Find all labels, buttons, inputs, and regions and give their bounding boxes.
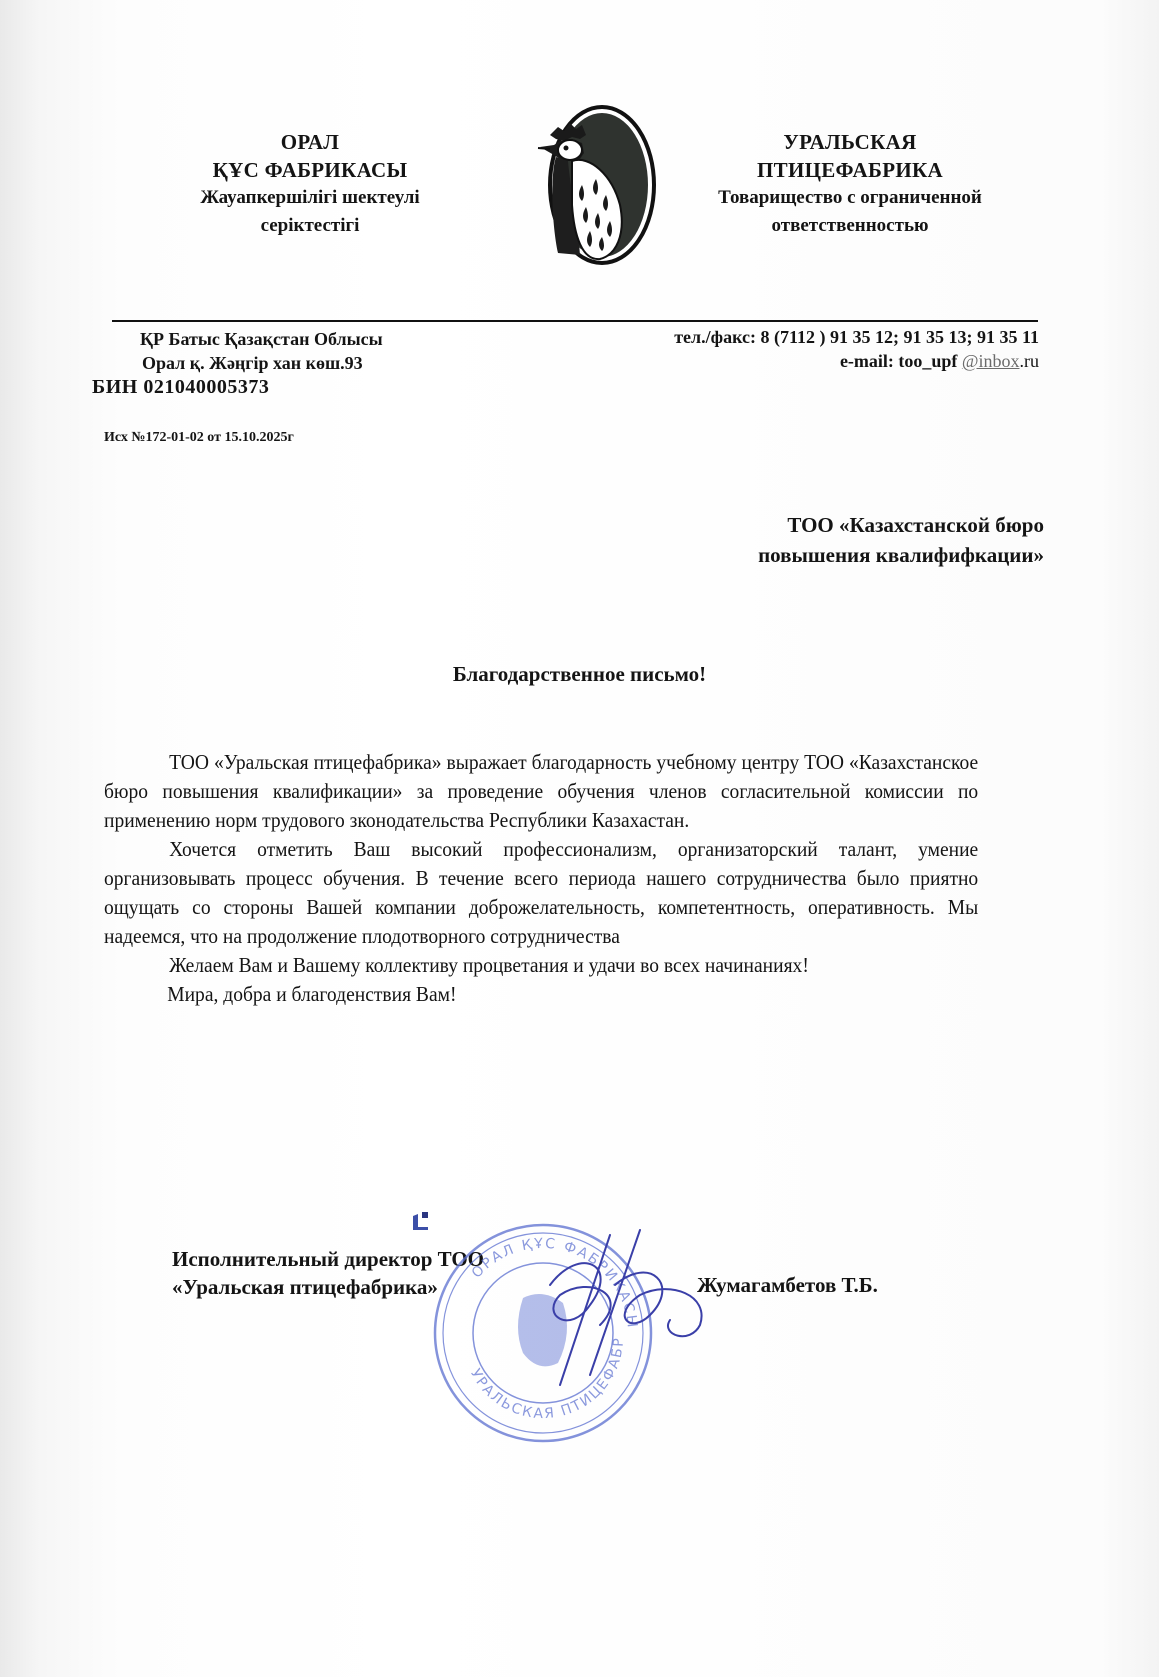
letter-body: ТОО «Уральская птицефабрика» выражает бл… bbox=[104, 748, 978, 1009]
header-right-line3: Товарищество с ограниченной bbox=[680, 184, 1020, 212]
header-right-line2: ПТИЦЕФАБРИКА bbox=[680, 156, 1020, 184]
header-left-line2: ҚҰС ФАБРИКАСЫ bbox=[150, 156, 470, 184]
body-paragraph-2: Хочется отметить Ваш высокий профессиона… bbox=[104, 835, 978, 951]
header-company-kazakh: ОРАЛ ҚҰС ФАБРИКАСЫ Жауапкершілігі шектеу… bbox=[150, 128, 470, 240]
address-region: ҚР Батыс Қазақстан Облысы bbox=[140, 327, 383, 351]
header-right-line4: ответственностью bbox=[680, 212, 1020, 240]
body-paragraph-3: Желаем Вам и Вашему коллективу процветан… bbox=[104, 951, 978, 980]
handwritten-signature-icon bbox=[520, 1225, 720, 1395]
header-right-line1: УРАЛЬСКАЯ bbox=[680, 128, 1020, 156]
email-domain: .ru bbox=[1020, 351, 1040, 371]
email-prefix: e-mail: too_upf bbox=[840, 351, 962, 371]
signatory-name: Жумагамбетов Т.Б. bbox=[697, 1273, 878, 1298]
recipient-line2: повышения квалифифкации» bbox=[758, 540, 1044, 570]
header-left-line4: серіктестігі bbox=[150, 212, 470, 240]
letter-page: ОРАЛ ҚҰС ФАБРИКАСЫ Жауапкершілігі шектеу… bbox=[0, 0, 1159, 1677]
contact-phone-fax: тел./факс: 8 (7112 ) 91 35 12; 91 35 13;… bbox=[674, 327, 1039, 348]
outgoing-reference: Исх №172-01-02 от 15.10.2025г bbox=[104, 430, 294, 446]
header-divider bbox=[112, 320, 1038, 322]
header-left-line3: Жауапкершілігі шектеулі bbox=[150, 184, 470, 212]
rooster-logo-icon bbox=[520, 95, 660, 275]
recipient-line1: ТОО «Казахстанской бюро bbox=[758, 510, 1044, 540]
header-left-line1: ОРАЛ bbox=[150, 128, 470, 156]
email-link[interactable]: @inbox bbox=[962, 351, 1020, 371]
letter-title: Благодарственное письмо! bbox=[0, 662, 1159, 687]
header-company-russian: УРАЛЬСКАЯ ПТИЦЕФАБРИКА Товарищество с ог… bbox=[680, 128, 1020, 240]
address-street: Орал қ. Жәңгір хан көш.93 bbox=[142, 351, 363, 375]
bin-number: БИН 021040005373 bbox=[92, 376, 269, 399]
recipient-block: ТОО «Казахстанской бюро повышения квалиф… bbox=[758, 510, 1044, 570]
body-paragraph-4: Мира, добра и благоденствия Вам! bbox=[104, 980, 978, 1009]
contact-email: e-mail: too_upf @inbox.ru bbox=[840, 351, 1039, 372]
body-paragraph-1: ТОО «Уральская птицефабрика» выражает бл… bbox=[104, 748, 978, 835]
